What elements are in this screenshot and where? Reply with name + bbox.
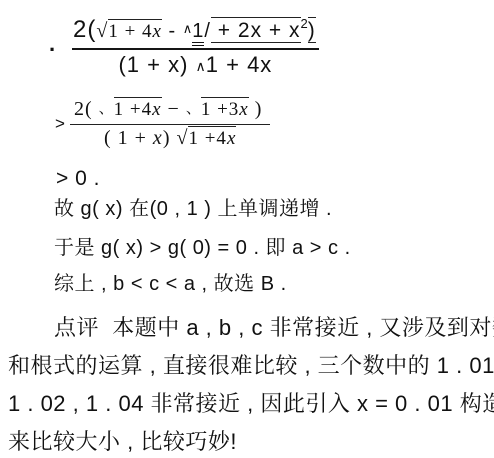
math-token: 2 bbox=[301, 16, 308, 31]
math-token: 2( bbox=[73, 16, 96, 43]
solution-line-3: 综上 , b < c < a , 故选 B . bbox=[54, 272, 287, 296]
fraction-2-denominator: ( 1 + x) √1 +4x bbox=[70, 127, 270, 150]
math-token: x bbox=[239, 97, 248, 120]
leading-dot: . bbox=[49, 31, 55, 57]
math-token: x bbox=[153, 127, 163, 149]
document-page: . 2(√1 + 4x - ∧1/ + 2x + x2) (1 + x) ∧1 … bbox=[0, 0, 494, 458]
math-token: 、 bbox=[186, 101, 201, 117]
math-token: ∧ bbox=[183, 21, 193, 36]
gt-zero-line: > 0 . bbox=[56, 167, 100, 191]
fraction-2: 2( 、1 +4x − 、1 +3x ) ( 1 + x) √1 +4x bbox=[70, 97, 270, 150]
math-token: + 2x + x bbox=[211, 17, 301, 43]
fraction-1: 2(√1 + 4x - ∧1/ + 2x + x2) (1 + x) ∧1 + … bbox=[72, 16, 319, 78]
math-token: (1 + x) bbox=[118, 52, 195, 77]
comment-line-4: 来比较大小 , 比较巧妙! bbox=[8, 429, 237, 455]
math-token: 1 + 4x bbox=[206, 52, 273, 77]
greater-than-sign: > bbox=[55, 114, 65, 134]
math-token: x bbox=[153, 19, 162, 42]
math-token: ) bbox=[163, 127, 177, 149]
math-token: 1 +4 bbox=[114, 97, 152, 120]
inequality-row: > 2( 、1 +4x − 、1 +3x ) ( 1 + x) √1 +4x bbox=[55, 97, 270, 150]
fraction-1-numerator: 2(√1 + 4x - ∧1/ + 2x + x2) bbox=[72, 16, 319, 50]
comment-line-3: 1 . 02 , 1 . 04 非常接近 , 因此引入 x = 0 . 01 构… bbox=[8, 391, 494, 417]
fraction-2-numerator: 2( 、1 +4x − 、1 +3x ) bbox=[70, 97, 270, 125]
math-token: ) bbox=[249, 98, 263, 120]
math-token: x bbox=[227, 126, 236, 149]
math-token: √ bbox=[96, 20, 108, 42]
math-token: 2( bbox=[74, 98, 99, 120]
math-token: ( 1 + bbox=[104, 127, 153, 149]
math-token: / bbox=[204, 20, 211, 42]
math-token: 1 + 4 bbox=[108, 19, 152, 42]
math-token: ) bbox=[308, 17, 316, 43]
math-token: ∧ bbox=[196, 58, 206, 74]
solution-line-2: 于是 g( x) > g( 0) = 0 . 即 a > c . bbox=[54, 236, 351, 260]
math-token: √ bbox=[176, 127, 188, 149]
math-token: 、 bbox=[99, 101, 114, 117]
math-token: - bbox=[162, 20, 183, 42]
solution-line-1: 故 g( x) 在(0 , 1 ) 上单调递增 . bbox=[54, 197, 332, 221]
fraction-1-denominator: (1 + x) ∧1 + 4x bbox=[72, 52, 319, 78]
comment-line-2: 和根式的运算 , 直接很难比较 , 三个数中的 1 . 01 , bbox=[8, 353, 494, 379]
math-token: 1 +4 bbox=[188, 126, 226, 149]
math-token: 1 +3 bbox=[201, 97, 239, 120]
math-token: − bbox=[162, 98, 186, 120]
comment-line-1: 点评 本题中 a , b , c 非常接近 , 又涉及到对数 bbox=[54, 315, 494, 341]
math-token: x bbox=[152, 97, 161, 120]
math-token: 1 bbox=[192, 20, 204, 46]
